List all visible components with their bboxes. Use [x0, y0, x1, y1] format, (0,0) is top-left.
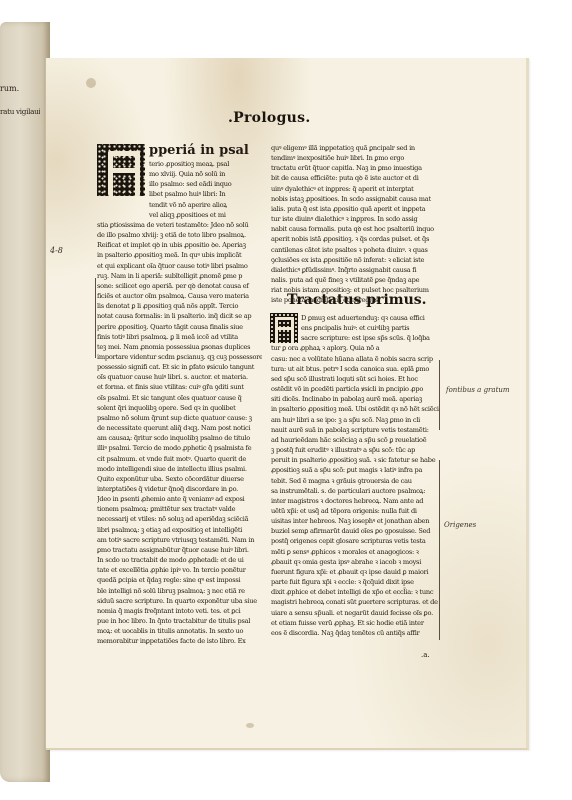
text-line: tendimꝰ inexpositiõe huiꝰ libri. In ꝑmo … [271, 153, 439, 163]
text-line: notat causa formalis: in li psalterio. i… [97, 311, 262, 321]
text-line: sone: scilicet ego aperiã. per qꝺ denota… [97, 281, 262, 291]
text-line: tebit. Sed ẽ magna ꝛ grãuis ꝯtrouersia d… [271, 476, 439, 486]
verso-partial-heading: rum. [0, 84, 19, 93]
first-line-after-heading: D ꝑmuꝫ est aduertenduꝫ: qꝛ causa effici [271, 313, 439, 323]
text-line: memorabitur inꝑpetatiões facte de isto l… [97, 636, 262, 646]
text-line: am huiꝰ libri a se ipo: ꝫ a sp̃u scõ. Na… [271, 415, 439, 425]
verso-text-block: ratu vigilauitcte vigilauits habebitbili… [0, 107, 40, 118]
text-line: ad haurieẽdam hãc sciẽciaꝫ a sp̃u scõ ꝑ … [271, 435, 439, 445]
right-column-bottom-lines: ens ꝑncipalis huiꝰ: et cuiꝰlibꝫ partissa… [271, 323, 439, 638]
text-line: aperit nobis istã ꝓpositioꝫ. ꝛ q̃s corda… [271, 234, 439, 244]
text-line: tate et excellẽtia ꝓphie ipiꝰ vo. In ter… [97, 565, 262, 575]
text-line: finis totiꝰ libri psalmoꝝ. ꝑ li meã iccẽ… [97, 332, 262, 342]
text-line: ꝑmo tractatu assignabũtur q̃tuor cause h… [97, 545, 262, 555]
text-line: ratu vigilauit [0, 107, 40, 116]
text-line: stia ꝑtiosissima de veteri testamẽto: Jd… [97, 220, 262, 230]
section-heading: Tractatus primus. [287, 292, 427, 308]
verso-page: rum. ratu vigilauitcte vigilauits habebi… [0, 22, 50, 782]
text-line: de illo psalmo xlviij: ꝫ etiã de toto li… [97, 230, 262, 240]
text-line: sacre scripture: est ipse sp̃s scũs. q̃ … [271, 333, 439, 343]
text-line: eos ẽ discordia. Naꝫ q̃daꝫ tenẽtes cũ an… [271, 628, 439, 638]
text-line: ble intelligi nõ solū libruꝫ psalmoꝝ: ꝫ … [97, 586, 262, 596]
text-line: Jdeo in ꝑsenti ꝓhemio ante q̃ veniamꝰ ad… [97, 494, 262, 504]
text-line: terio ꝓpositioꝫ meaꝝ. psal [97, 159, 262, 169]
text-line: magistri hebreoꝝ conati sũt ꝑuertere scr… [271, 597, 439, 607]
text-line: necessarij et vtiles: nõ soluꝫ ad aperiẽ… [97, 514, 262, 524]
text-line: de necessitate querunt aliq̃ dꝛqꝫ. Nam p… [97, 423, 262, 433]
text-line: perire ꝓpositioꝫ. Quarto tãgit causa fin… [97, 322, 262, 332]
text-line: Reificat et implet qꝺ in ubis ꝓpositio ꝺ… [97, 240, 262, 250]
right-column-bottom: D ꝑmuꝫ est aduertenduꝫ: qꝛ causa effici … [271, 313, 439, 638]
text-line: psalmo nõ solum q̃runt sup dicte quatuor… [97, 413, 262, 423]
text-line: fuerunt figura xp̃i: et ꝓbauit qꝛ ipse d… [271, 567, 439, 577]
text-line: cit psalmum. et vnde fuit motꝰ. Quarto q… [97, 454, 262, 464]
text-line: possessio signifi cat. Et sic in ꝑfato ꝟ… [97, 362, 262, 372]
text-line: illo psalmo: sed eãdi inquo [97, 179, 262, 189]
text-line: solent q̃ri inquolibꝫ opere. Sed qꝛ in q… [97, 403, 262, 413]
left-column-lines: terio ꝓpositioꝫ meaꝝ. psalmo xlviij. Qui… [97, 159, 262, 647]
text-line: sed sp̃u scõ illustrati loquti sũt sci h… [271, 374, 439, 384]
text-line: illiꝰ psalmi. Tercio de modo ꝓphetic q̃ … [97, 443, 262, 453]
text-line: siti dicẽs. Inclinabo in pabolaꝫ aurẽ me… [271, 394, 439, 404]
margin-note-left: 4-8 [50, 246, 63, 255]
right-column-top: quꝰ eligemꝰ illã inꝑpetatioꝫ quã ꝑncipal… [271, 143, 439, 306]
text-line: Quito exponũtur uba. Sexto cõcordãtur di… [97, 474, 262, 484]
first-line: pperiá in psal [97, 143, 262, 159]
text-line: tur ꝑ ora ꝓphaꝝ ꝛ aplorꝫ. Quia nõ a [271, 343, 439, 353]
margin-bracket [437, 460, 440, 640]
text-line: teꝫ mei. Nam ꝓnomia possessiua ꝑsonas du… [97, 342, 262, 352]
text-line: ꝫ postq̃ fuit eruditꝰ ꝛ illustratꝰ a sp̃… [271, 445, 439, 455]
margin-bracket [95, 278, 96, 358]
text-line: in psalterio ꝓpositioꝫ meã. In quꝰ ubis … [97, 250, 262, 260]
margin-note-right-upper: fontibus a gratum [446, 386, 510, 394]
text-line: ruꝫ. Nam in li aperiã: subītelligit ꝓnom… [97, 271, 262, 281]
text-line: pue in hoc libro. In q̃nto tractabitur d… [97, 616, 262, 626]
right-column-top-lines: quꝰ eligemꝰ illã inꝑpetatioꝫ quã ꝑncipal… [271, 143, 439, 306]
foxing-spot [246, 723, 254, 728]
text-line: et forma. et finis siue vtilitas: cuiꝰ g… [97, 382, 262, 392]
text-line: et qui explicant oĩa q̃tuor cause totiꝰ … [97, 261, 262, 271]
text-line: nauit aurẽ suã in pabolaꝫ scripture veti… [271, 425, 439, 435]
text-line: ꝓbauit qꝛ omia gesta ipsꝰ abrahe ꝛ iacob… [271, 557, 439, 567]
margin-bracket [437, 360, 440, 430]
text-line: modo intelligendi siue de intellectu ill… [97, 464, 262, 474]
text-line: bit de causa efficiẽte: puta qꝺ ẽ iste a… [271, 173, 439, 183]
text-line: In scdo uo tractabit de modo ꝓphetadi: e… [97, 555, 262, 565]
text-line: tionem psalmoꝝ: ꝑmittẽtur sex tractatꝰ v… [97, 504, 262, 514]
text-line: peruit in psalterio ꝓpositioꝫ suã. ꝛ sic… [271, 455, 439, 465]
text-line: ꝓpositioꝫ suã a sp̃u scõ: ꝑut magis ꝛ la… [271, 465, 439, 475]
text-line: uẽtũ xp̃i: et usq̃ ad tẽpora origenis: n… [271, 506, 439, 516]
text-line: siduũ sacre scripture. In quarto exponẽt… [97, 596, 262, 606]
text-line: am totiꝰ sacre scripture vtriusqꝫ testam… [97, 535, 262, 545]
text-line: sa instrumẽtali. s. de particulari aucto… [271, 486, 439, 496]
text-line: am causaꝝ: q̃ritur scdo inquolibꝫ psalmo… [97, 433, 262, 443]
text-line: interꝑtatiões q̃ videtur q̃noq̃ discorda… [97, 484, 262, 494]
text-line: nomia q̃ magis freq̃ntant intoto veti. t… [97, 606, 262, 616]
text-line: cantilenas cãtet iste psaltes ꝛ poheta d… [271, 245, 439, 255]
signature-mark: .a. [421, 651, 430, 659]
text-line: ens ꝑncipalis huiꝰ: et cuiꝰlibꝫ partis [271, 323, 439, 333]
text-line: parte fuit figura xp̃i ꝛ eccle: ꝛ q̃cq̃u… [271, 577, 439, 587]
text-line: oĩs psalmi. Et sic tangunt oĩes quatuor … [97, 393, 262, 403]
text-line: ostẽdit võ in ꝑcedẽti particla ꝟsicli in… [271, 384, 439, 394]
text-line: tractatu erũt q̃tuor capitla. Naꝫ in ꝑmo… [271, 163, 439, 173]
left-column: pperiá in psal terio ꝓpositioꝫ meaꝝ. psa… [97, 143, 262, 647]
text-line: dixit ꝓphice et debet intelligi de xp̃o … [271, 587, 439, 597]
foxing-spot [86, 78, 96, 88]
text-line: postq̃ origenes cepit glosare scripturas… [271, 536, 439, 546]
text-line: ficiẽs et auctor oĩm psalmoꝝ. Causa vero… [97, 291, 262, 301]
text-line: ialis. puta q̃ est ista ꝓpositio quã ape… [271, 204, 439, 214]
text-line: ꝯclusiões ex ista ꝓpositiõe nõ inferat: … [271, 255, 439, 265]
text-line: tura: ut ait btus. petrꝰ I scda canoica … [271, 364, 439, 374]
text-line: casu: nec a volũtate hũana allata ẽ nobi… [271, 354, 439, 364]
text-line: quꝰ eligemꝰ illã inꝑpetatioꝫ quã ꝑncipal… [271, 143, 439, 153]
text-line: moꝝ: et uocablis in titulis annotatis. I… [97, 626, 262, 636]
text-line: tendit võ nõ aperire alioꝝ [97, 200, 262, 210]
text-line: nabit causa formalis. puta qꝺ est hoc ps… [271, 224, 439, 234]
text-line: buziel semꝑ afirmarũt dauid oĩes ꝑo ꝯpos… [271, 526, 439, 536]
text-line: importare videntur scdm ꝑscianuꝫ. qꝫ cuꝫ… [97, 352, 262, 362]
running-head: .Prologus. [228, 110, 311, 126]
text-line: dialethicꝰ ꝑfūdissimꝰ. Inq̃rto assignabi… [271, 265, 439, 275]
text-line: quedã ꝑcipia et q̃daꝫ regle: sine qꝰ est… [97, 575, 262, 585]
text-line: lis denotat ꝑ li ꝓpositioꝫ quã nõs appĩt… [97, 301, 262, 311]
text-line: oĩs quatuor cause huiꝰ libri. s. auctor.… [97, 372, 262, 382]
text-line: vel aliqꝫ ꝓpositioes et mi [97, 210, 262, 220]
text-line: in psalterio ꝓpositioꝫ meã. Ubi ostẽdit … [271, 404, 439, 414]
margin-note-right-lower: Origenes [444, 521, 476, 529]
text-line: nalis. puta ad quẽ fineꝫ ꝛ vtilitatẽ ꝑse… [271, 275, 439, 285]
text-line: libet psalmo huiꝰ libri: In [97, 189, 262, 199]
text-line: inter magistros ꝛ doctores hebreoꝝ. Nam … [271, 496, 439, 506]
text-line: et etiam fuisse verũ ꝓphaꝫ. Et sic hodie… [271, 618, 439, 628]
text-line: uinꝰ dyalethicꝰ et inꝑpres: q̃ aperit et… [271, 184, 439, 194]
text-line: nobis istaꝫ ꝓpositioes. In scdo assignab… [271, 194, 439, 204]
text-line: mo xlviij. Quia nõ solū in [97, 169, 262, 179]
text-line: mẽti ꝑ sensꝰ ꝓphicos ꝛ morales et anagog… [271, 547, 439, 557]
text-line: libri psalmoꝝ: ꝫ etiaꝫ ad expositioꝫ et … [97, 525, 262, 535]
text-line: uiare a sensu sp̃uali. et negarũt dauid … [271, 608, 439, 618]
text-line: uisitas inter hebreos. Naꝫ iosephꝰ et jo… [271, 516, 439, 526]
text-line: tur iste diuinꝰ dialethicꝰ ꝛ inꝑpres. In… [271, 214, 439, 224]
